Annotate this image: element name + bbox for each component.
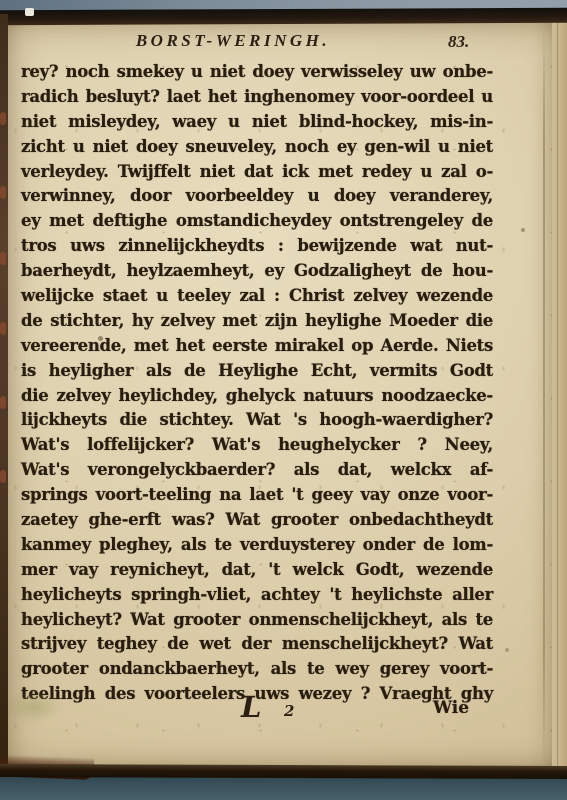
text-line: baerheydt, heylzaemheyt, ey Godzaligheyt…: [21, 259, 493, 284]
text-line: vereerende, met het eerste mirakel op Ae…: [21, 334, 493, 359]
ink-show-through-stain: [9, 690, 71, 724]
paper-blemish: [521, 228, 525, 232]
book-bottom-edge: [0, 764, 567, 779]
text-line: kanmey pleghey, als te verduysterey onde…: [21, 533, 493, 558]
binding-stitch-mark: [0, 252, 6, 265]
text-line: ey met deftighe omstandicheydey ontstren…: [21, 209, 493, 234]
text-line: heylicheyts springh-vliet, achtey 't hey…: [21, 583, 493, 608]
binding-stitch-mark: [0, 470, 6, 483]
text-line: springs voort-teeling na laet 't geey va…: [21, 483, 493, 508]
running-title: BORST-WERINGH.: [113, 31, 353, 51]
gathering-signature-number: 2: [284, 702, 294, 720]
text-line: grooter ondanckbaerheyt, als te wey gere…: [21, 657, 493, 682]
text-line: mer vay reynicheyt, dat, 't welck Godt, …: [21, 558, 493, 583]
text-line: heylicheyt? Wat grooter onmenschelijckhe…: [21, 608, 493, 633]
binding-stitch-mark: [0, 322, 6, 335]
text-line: verwinney, door voorbeeldey u doey veran…: [21, 184, 493, 209]
paper-blemish: [505, 648, 509, 652]
text-line: zaetey ghe-erft was? Wat grooter onbedac…: [21, 508, 493, 533]
book-top-edge: [0, 8, 567, 26]
text-line: verleydey. Twijffelt niet dat ick met re…: [21, 160, 493, 185]
page-corner-notch: [25, 8, 34, 16]
text-line: welijcke staet u teeley zal : Christ zel…: [21, 284, 493, 309]
text-line: zicht u niet doey sneuveley, noch ey gen…: [21, 135, 493, 160]
text-line: rey? noch smekey u niet doey verwisseley…: [21, 60, 493, 85]
body-text-block: rey? noch smekey u niet doey verwisseley…: [21, 60, 493, 707]
scanned-book-photo: { "header": { "title": "BORST-WERINGH.",…: [0, 0, 567, 800]
text-line: radich besluyt? laet het inghenomey voor…: [21, 85, 493, 110]
text-line: strijvey teghey de wet der menschelijckh…: [21, 632, 493, 657]
page-edge-crease: [543, 28, 545, 763]
text-line: lijckheyts die stichtey. Wat 's hoogh-wa…: [21, 408, 493, 433]
text-line: niet misleydey, waey u niet blind-hockey…: [21, 110, 493, 135]
binding-stitch-mark: [0, 186, 6, 199]
page-number: 83.: [448, 32, 469, 52]
text-line: de stichter, hy zelvey met zijn heylighe…: [21, 309, 493, 334]
text-line: Wat's verongelyckbaerder? als dat, welck…: [21, 458, 493, 483]
text-line: die zelvey heylichdey, ghelyck natuurs n…: [21, 384, 493, 409]
gathering-signature-mark: L: [241, 690, 261, 724]
text-line: is heyligher als de Heylighe Echt, vermi…: [21, 359, 493, 384]
book-page: BORST-WERINGH. 83. rey? noch smekey u ni…: [5, 18, 552, 770]
book-binding-edge: [0, 14, 8, 774]
page-edge-line: [557, 22, 558, 770]
paper-blemish: [98, 336, 103, 341]
binding-stitch-mark: [0, 396, 6, 409]
catchword: Wie: [433, 698, 469, 718]
text-line: tros uws zinnelijckheydts : bewijzende w…: [21, 234, 493, 259]
text-line: Wat's loffelijcker? Wat's heughelycker ?…: [21, 433, 493, 458]
binding-stitch-mark: [0, 112, 6, 125]
